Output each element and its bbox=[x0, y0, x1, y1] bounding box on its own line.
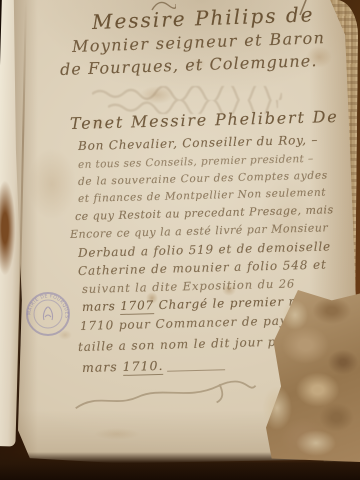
binding-tear bbox=[0, 178, 16, 278]
damage-frayed-edge bbox=[296, 430, 336, 456]
damage-frayed-edge bbox=[262, 386, 292, 430]
damage-frayed-edge bbox=[282, 300, 308, 330]
paper-stain bbox=[28, 148, 76, 220]
bleedthrough-text bbox=[92, 86, 282, 100]
line-14-pre: mars bbox=[82, 359, 123, 375]
manuscript-photo: MAIRIE DE FOURQUES Messire Philips de Mo… bbox=[0, 0, 360, 480]
mairie-stamp: MAIRIE DE FOURQUES bbox=[24, 290, 72, 338]
underline-stroke bbox=[168, 369, 226, 372]
stamp-emblem bbox=[43, 307, 52, 320]
stamp-inner-ring bbox=[34, 300, 62, 328]
underlined-year-1707: 1707 bbox=[120, 298, 154, 315]
paper-stain bbox=[94, 428, 140, 440]
underlined-year-1710: 1710. bbox=[122, 358, 163, 376]
line-11-pre: mars bbox=[82, 299, 121, 314]
